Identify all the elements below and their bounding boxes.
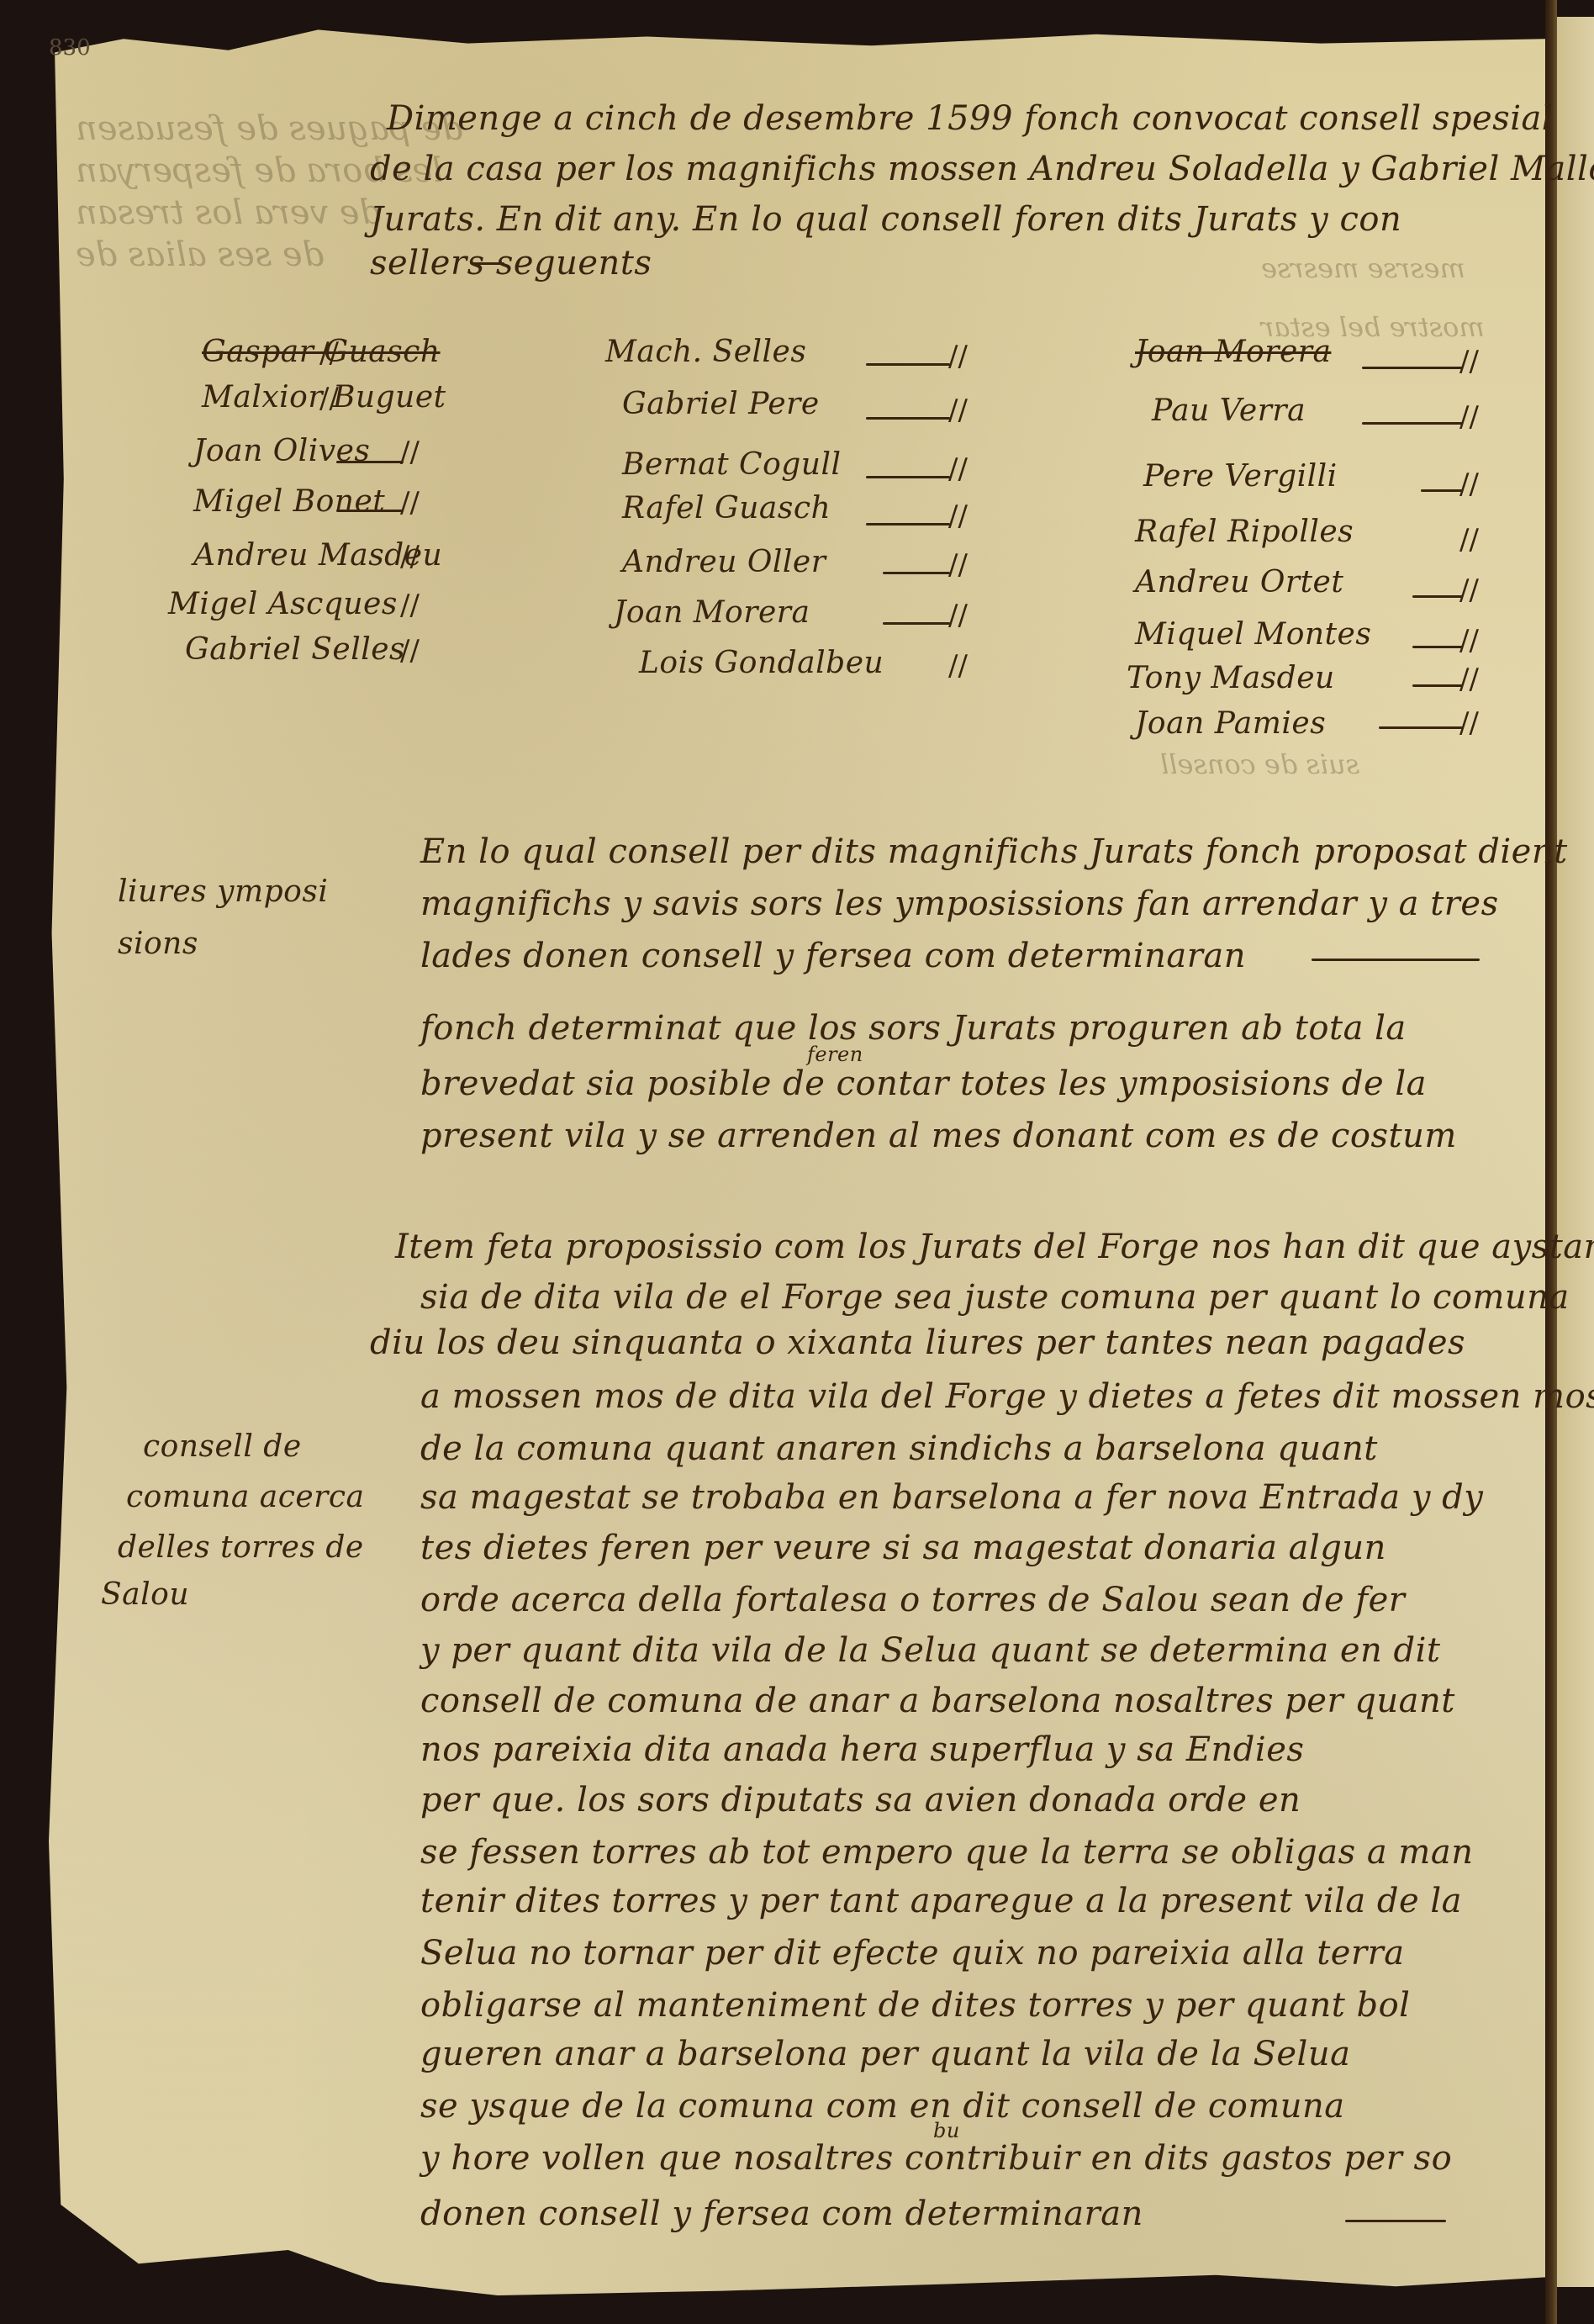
header-line: sellers seguents: [370, 244, 652, 283]
header-line: Dimenge a cinch de desembre 1599 fonch c…: [387, 99, 1553, 138]
attendee-name: Pere Vergilli: [1143, 459, 1338, 494]
attendance-mark: //: [400, 634, 420, 668]
attendee-name: Mach. Selles: [605, 335, 806, 369]
bleed-through-text: de ses alias de: [76, 235, 324, 274]
folio-number: 830: [49, 35, 91, 61]
bleed-through-text: mesrse mesrse: [1261, 252, 1465, 284]
body-line: gueren anar a barselona per quant la vil…: [420, 2035, 1350, 2073]
name-rule: [866, 363, 950, 366]
body-line: orde acerca della fortalesa o torres de …: [420, 1581, 1405, 1619]
body-line: nos pareixia dita anada hera superflua y…: [420, 1730, 1304, 1769]
proposal-line: En lo qual consell per dits magnifichs J…: [420, 832, 1568, 871]
attendance-mark: //: [948, 548, 968, 582]
body-line: donen consell y fersea com determinaran: [420, 2195, 1143, 2233]
attendance-mark: //: [1459, 663, 1479, 696]
body-line: sia de dita vila de el Forge sea juste c…: [420, 1278, 1570, 1317]
body-line: per que. los sors diputats sa avien dona…: [420, 1781, 1301, 1820]
name-rule: [1412, 646, 1463, 648]
attendee-name: Gabriel Selles: [185, 632, 405, 667]
header-line: de la casa per los magnifichs mossen And…: [370, 150, 1594, 188]
attendance-mark: //: [319, 382, 339, 415]
name-rule: [866, 476, 950, 478]
name-rule: [1412, 684, 1463, 687]
attendance-mark: //: [1459, 624, 1479, 658]
name-rule: [866, 417, 950, 420]
attendance-mark: //: [400, 486, 420, 520]
name-rule: [883, 572, 950, 574]
body-line: obligarse al manteniment de dites torres…: [420, 1986, 1410, 2025]
attendance-mark: //: [948, 499, 968, 533]
name-rule: [336, 461, 404, 463]
attendance-mark: //: [1459, 573, 1479, 607]
attendance-mark: //: [948, 649, 968, 683]
attendance-mark: //: [400, 589, 420, 622]
attendance-mark: //: [1459, 345, 1479, 378]
body-line: se fessen torres ab tot empero que la te…: [420, 1833, 1473, 1872]
margin-note: liures ymposi: [118, 874, 328, 909]
body-line: y per quant dita vila de la Selua quant …: [420, 1631, 1441, 1670]
body-line: tes dietes feren per veure si sa magesta…: [420, 1529, 1386, 1567]
attendance-mark: //: [948, 452, 968, 486]
body-line: de la comuna quant anaren sindichs a bar…: [420, 1429, 1378, 1468]
attendee-name: Bernat Cogull: [622, 447, 842, 482]
attendance-mark: //: [948, 393, 968, 427]
attendance-mark: //: [948, 599, 968, 632]
name-rule: [336, 510, 404, 512]
body-line: a mossen mos de dita vila del Forge y di…: [420, 1377, 1594, 1416]
scanned-manuscript: 830 de pagues de fesuasen les bora de fe…: [0, 0, 1594, 2324]
body-line: tenir dites torres y per tant aparegue a…: [420, 1882, 1462, 1920]
bleed-through-text: suis de consell: [1160, 748, 1359, 780]
determination-line: brevedat sia posible de contar totes les…: [420, 1064, 1427, 1103]
binding-gutter: [1545, 0, 1557, 2324]
body-line: consell de comuna de anar a barselona no…: [420, 1682, 1455, 1720]
attendance-mark: //: [1459, 706, 1479, 740]
body-line: y hore vollen que nosaltres contribuir e…: [420, 2139, 1452, 2178]
name-rule: [1421, 489, 1463, 492]
attendance-mark: //: [1459, 523, 1479, 557]
determination-line: present vila y se arrenden al mes donant…: [420, 1117, 1457, 1155]
attendee-name: Joan Morera: [614, 595, 810, 630]
determination-line: fonch determinat que los sors Jurats pro…: [420, 1009, 1407, 1048]
attendee-name: Joan Morera: [1135, 335, 1331, 369]
attendee-name: Lois Gondalbeu: [639, 646, 884, 680]
header-line: Jurats. En dit any. En lo qual consell f…: [370, 200, 1401, 239]
attendee-name: Andreu Ortet: [1135, 565, 1343, 599]
margin-note: consell de: [143, 1429, 302, 1464]
name-rule: [883, 622, 950, 625]
attendance-mark: //: [400, 540, 420, 573]
attendee-name: Tony Masdeu: [1127, 661, 1335, 695]
body-line: Item feta proposissio com los Jurats del…: [395, 1228, 1594, 1266]
name-rule: [1362, 367, 1463, 369]
adjacent-page-edge: [1557, 17, 1594, 2287]
attendee-name: Joan Pamies: [1135, 706, 1326, 741]
attendance-mark: //: [1459, 400, 1479, 434]
attendance-mark: //: [1459, 467, 1479, 501]
header-rule: [471, 262, 504, 265]
body-line: sa magestat se trobaba en barselona a fe…: [420, 1478, 1483, 1517]
name-rule: [1362, 422, 1463, 425]
attendee-name: Migel Ascques: [168, 587, 398, 621]
attendance-mark: //: [319, 336, 339, 370]
attendee-name: Pau Verra: [1152, 393, 1306, 428]
attendee-name: Rafel Guasch: [622, 491, 831, 526]
name-rule: [866, 523, 950, 526]
attendee-name: Miquel Montes: [1135, 617, 1371, 652]
attendee-name: Gabriel Pere: [622, 387, 820, 421]
margin-note: delles torres de: [118, 1530, 364, 1565]
attendee-name: Andreu Oller: [622, 545, 826, 579]
section-rule: [1312, 959, 1480, 961]
name-rule: [1379, 726, 1463, 729]
margin-note: Salou: [101, 1577, 189, 1612]
section-rule: [1345, 2220, 1446, 2222]
body-line: Selua no tornar per dit efecte quix no p…: [420, 1934, 1405, 1973]
attendee-name: Rafel Ripolles: [1135, 515, 1354, 549]
bleed-through-text: de vera los tresan: [76, 193, 381, 232]
proposal-line: lades donen consell y fersea com determi…: [420, 937, 1246, 975]
attendee-name: Migel Bonet: [193, 484, 385, 519]
body-line: diu los deu sinquanta o xixanta liures p…: [370, 1323, 1465, 1362]
body-line: se ysque de la comuna com en dit consell…: [420, 2087, 1345, 2126]
proposal-line: magnifichs y savis sors les ymposissions…: [420, 885, 1499, 923]
margin-note: sions: [118, 927, 198, 961]
name-rule: [1412, 595, 1463, 598]
attendance-mark: //: [400, 436, 420, 469]
margin-note: comuna acerca: [126, 1480, 365, 1514]
attendance-mark: //: [948, 340, 968, 373]
